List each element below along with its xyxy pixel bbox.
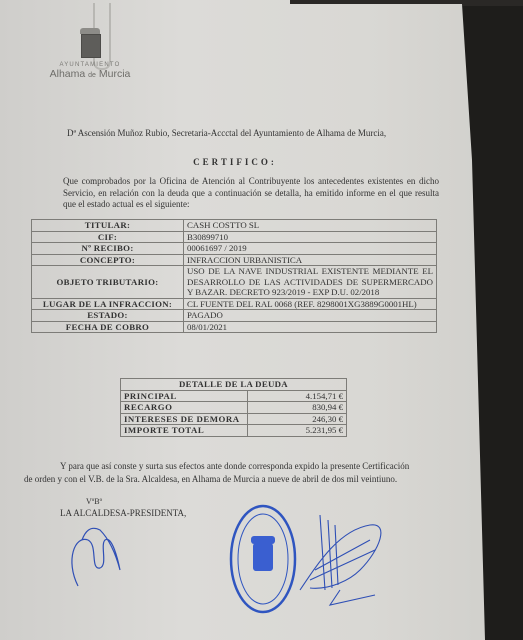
detail-label: LUGAR DE LA INFRACCION: (32, 298, 184, 310)
detail-label: Nº RECIBO: (32, 243, 184, 255)
detail-row: LUGAR DE LA INFRACCION:CL FUENTE DEL RAL… (32, 298, 437, 310)
debt-label: PRINCIPAL (121, 390, 248, 402)
debt-value: 830,94 € (248, 402, 347, 414)
debt-label: INTERESES DE DEMORA (121, 413, 248, 425)
debt-value: 5.231,95 € (248, 425, 347, 437)
detail-value: CL FUENTE DEL RAL 0068 (REF. 8298001XG38… (184, 298, 437, 310)
detail-value: USO DE LA NAVE INDUSTRIAL EXISTENTE MEDI… (184, 266, 437, 299)
debt-label: RECARGO (121, 402, 248, 414)
detail-label: CONCEPTO: (32, 254, 184, 266)
detail-row: TITULAR:CASH COSTTO SL (32, 220, 437, 232)
debt-row: IMPORTE TOTAL5.231,95 € (121, 425, 347, 437)
detail-value: 00061697 / 2019 (184, 243, 437, 255)
debt-value: 4.154,71 € (248, 390, 347, 402)
detail-value: B30899710 (184, 231, 437, 243)
official-stamp-icon (228, 503, 298, 615)
coat-of-arms-icon (80, 28, 100, 56)
detail-label: OBJETO TRIBUTARIO: (32, 266, 184, 299)
detail-row: CIF:B30899710 (32, 231, 437, 243)
certificate-title: CERTIFICO: (0, 157, 470, 167)
debt-label: IMPORTE TOTAL (121, 425, 248, 437)
debt-header: DETALLE DE LA DEUDA (121, 379, 347, 391)
detail-label: CIF: (32, 231, 184, 243)
detail-value: INFRACCION URBANISTICA (184, 254, 437, 266)
signature-secretary-icon (290, 510, 390, 610)
debt-value: 246,30 € (248, 413, 347, 425)
signature-mayor-icon (60, 520, 150, 590)
mayor-title: LA ALCALDESA-PRESIDENTA, (60, 508, 186, 518)
logo-line-2: Alhama de Murcia (40, 68, 140, 80)
detail-label: ESTADO: (32, 310, 184, 322)
detail-label: FECHA DE COBRO (32, 321, 184, 333)
debt-row: INTERESES DE DEMORA246,30 € (121, 413, 347, 425)
detail-row: Nº RECIBO:00061697 / 2019 (32, 243, 437, 255)
detail-value: CASH COSTTO SL (184, 220, 437, 232)
debt-row: RECARGO830,94 € (121, 402, 347, 414)
detail-row: ESTADO:PAGADO (32, 310, 437, 322)
intro-paragraph: Que comprobados por la Oficina de Atenci… (63, 176, 439, 211)
debt-row: PRINCIPAL4.154,71 € (121, 390, 347, 402)
detail-row: CONCEPTO:INFRACCION URBANISTICA (32, 254, 437, 266)
detail-value: 08/01/2021 (184, 321, 437, 333)
detail-value: PAGADO (184, 310, 437, 322)
detail-label: TITULAR: (32, 220, 184, 232)
details-table: TITULAR:CASH COSTTO SLCIF:B30899710Nº RE… (31, 219, 437, 333)
debt-table: DETALLE DE LA DEUDA PRINCIPAL4.154,71 €R… (120, 378, 347, 437)
closing-paragraph: Y para que así conste y surta sus efecto… (24, 460, 444, 486)
vb-label: VºBº (86, 497, 102, 506)
detail-row: OBJETO TRIBUTARIO:USO DE LA NAVE INDUSTR… (32, 266, 437, 299)
intro-line: Dª Ascensión Muñoz Rubio, Secretaria-Acc… (67, 128, 386, 138)
municipality-logo: AYUNTAMIENTO Alhama de Murcia (40, 28, 140, 80)
detail-row: FECHA DE COBRO08/01/2021 (32, 321, 437, 333)
